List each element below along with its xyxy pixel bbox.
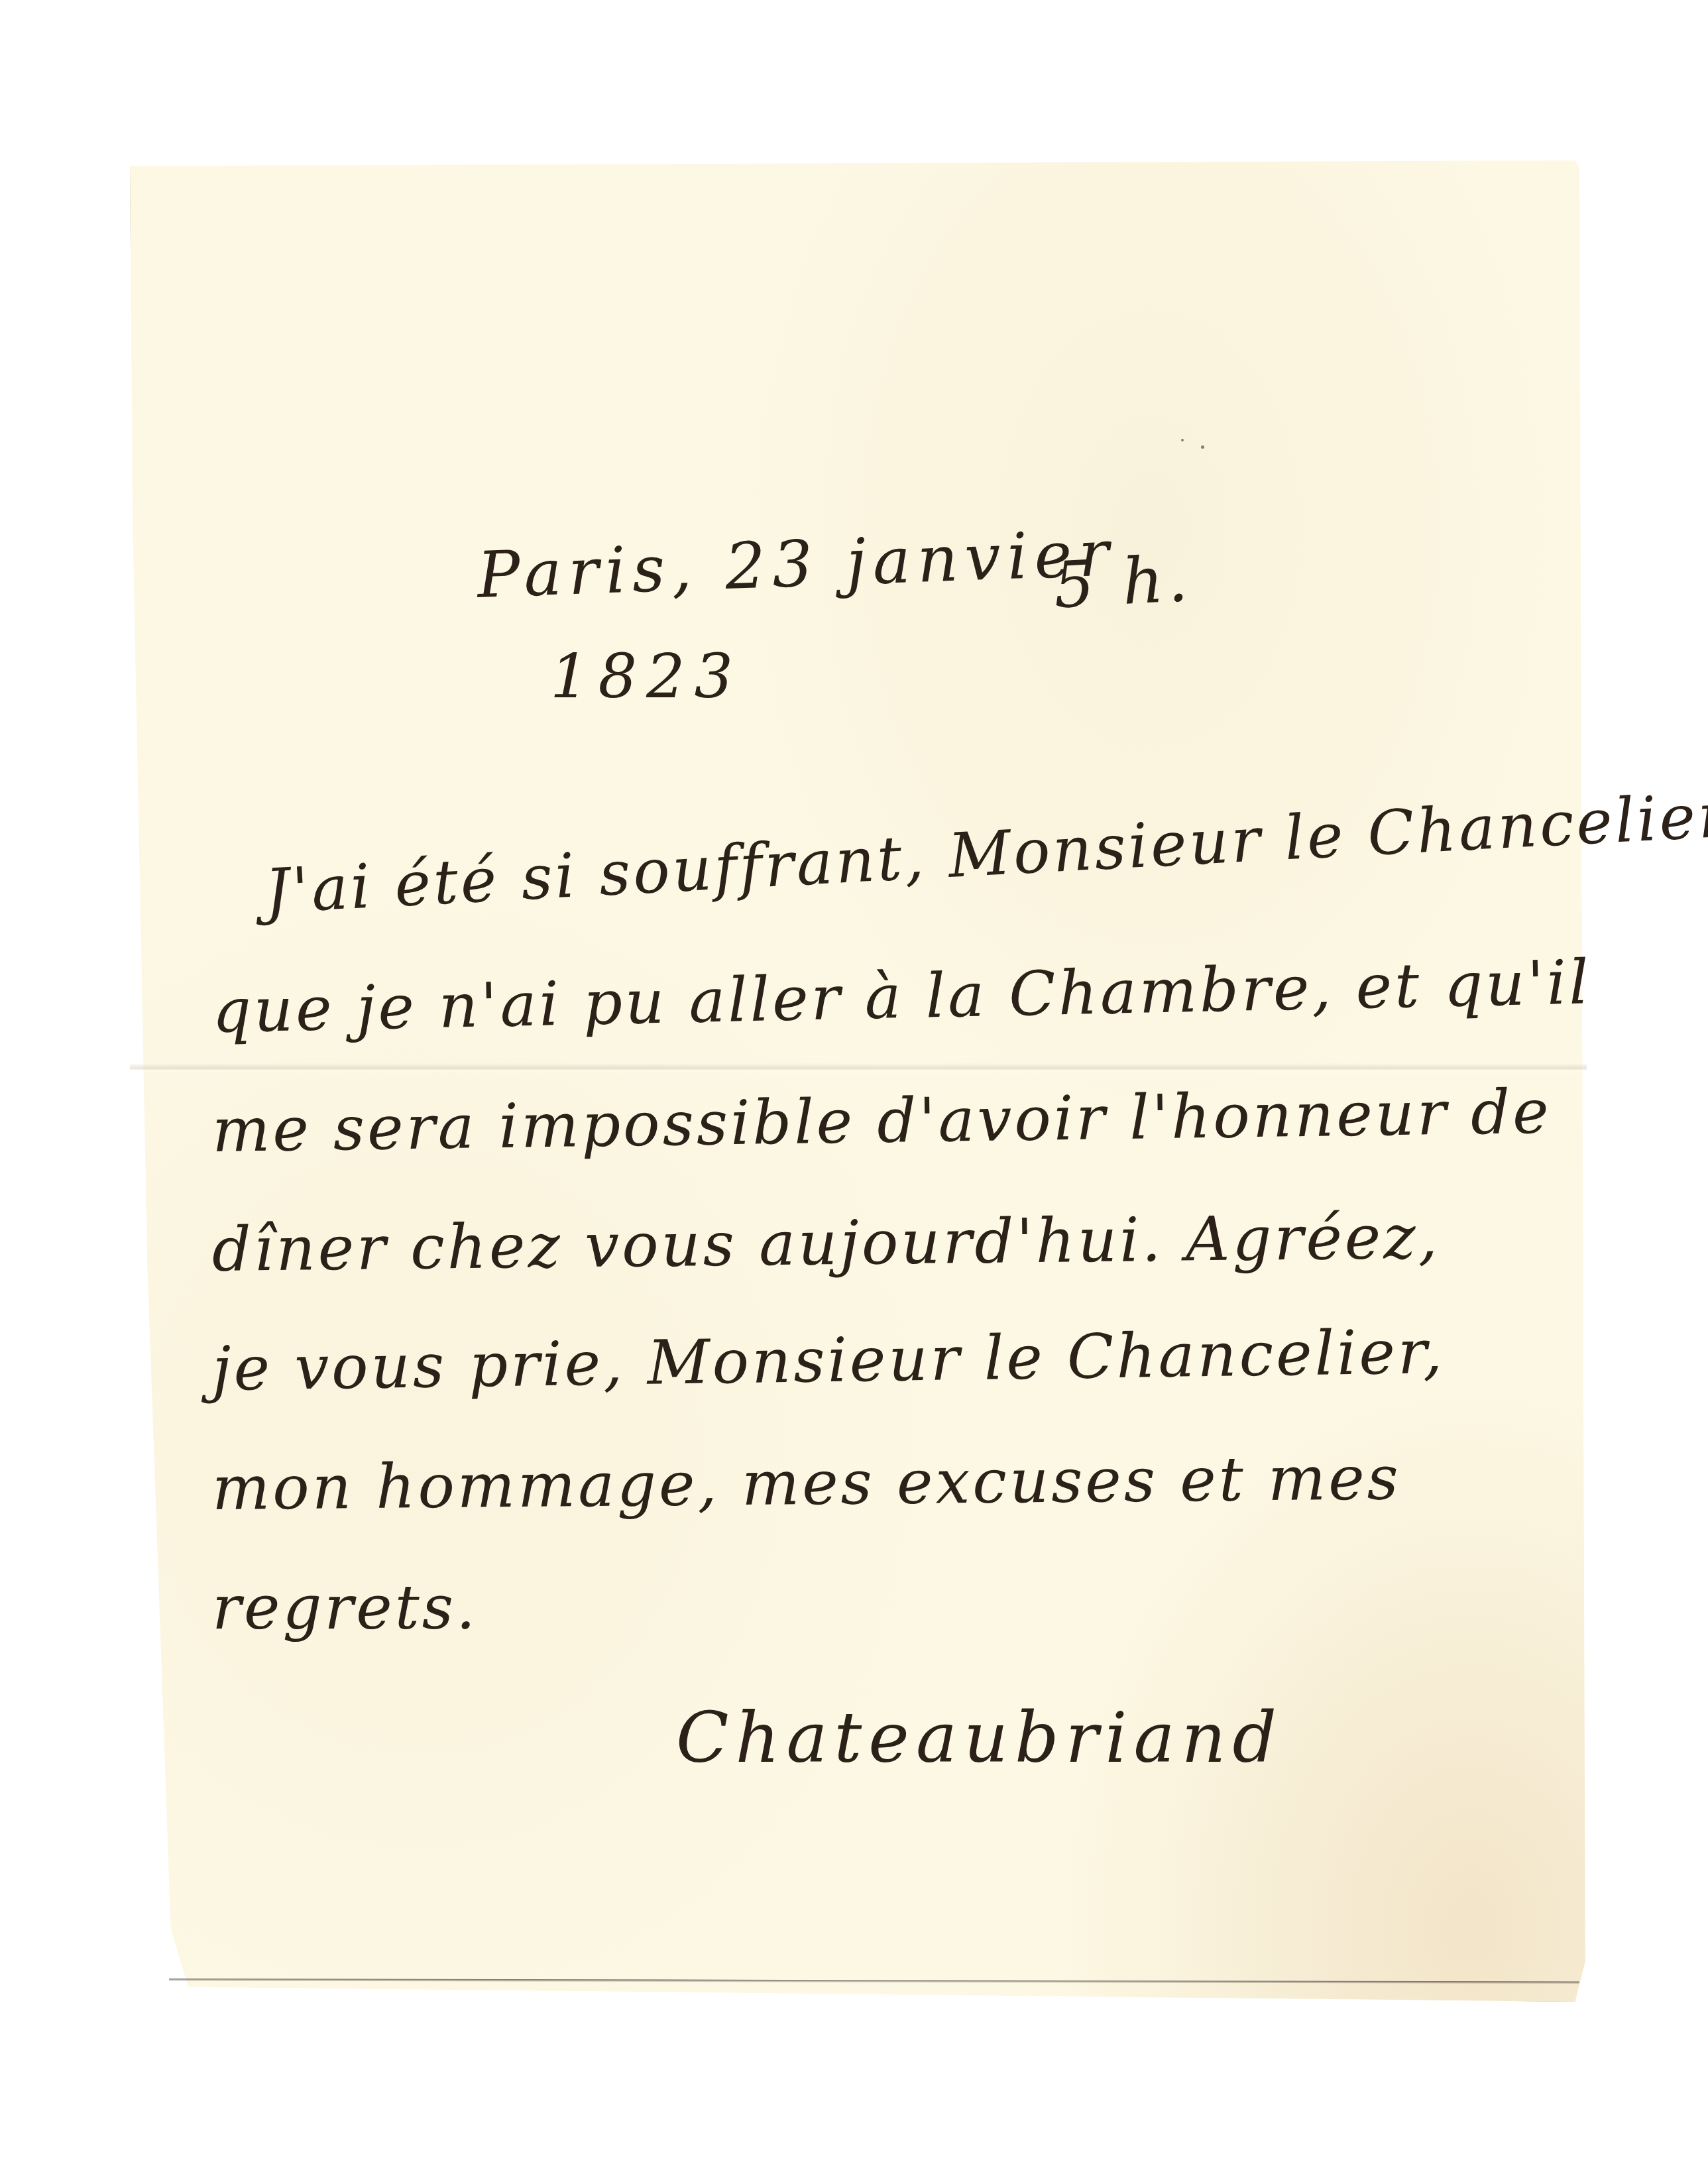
paper-speck [1181,439,1184,441]
letter-dateline-year: 1823 [550,646,742,707]
letter-body-line: me sera impossible d'avoir l'honneur de [211,1082,1552,1161]
letter-body-line: mon hommage, mes excuses et mes [212,1448,1402,1519]
letter-signature: Chateaubriand [676,1703,1283,1772]
letter-dateline-time: 5 h. [1053,547,1194,618]
paper-speck [1201,445,1204,449]
paper-fold-line [130,1063,1587,1075]
letter-body-line: je vous prie, Monsieur le Chancelier, [211,1322,1445,1400]
letter-body-line: regrets. [212,1578,478,1638]
letter-body-line: dîner chez vous aujourd'hui. Agréez, [212,1207,1441,1281]
